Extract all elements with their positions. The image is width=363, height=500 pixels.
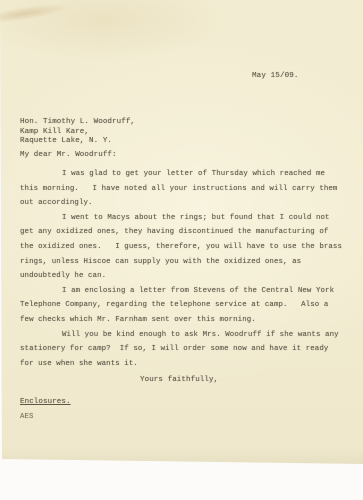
letter-paragraph: I am enclosing a letter from Stevens of … [20, 284, 346, 328]
letter-paragraph: I went to Macys about the rings; but fou… [20, 211, 346, 284]
salutation: My dear Mr. Woodruff: [20, 151, 117, 159]
closing: Yours faithfully, [140, 376, 218, 384]
paper-stain [0, 0, 114, 38]
recipient-block: Hon. Timothy L. Woodruff, Kamp Kill Kare… [20, 118, 135, 147]
recipient-name: Hon. Timothy L. Woodruff, [20, 118, 135, 128]
letter-body: I was glad to get your letter of Thursda… [20, 167, 346, 371]
recipient-address-line-2: Raquette Lake, N. Y. [20, 137, 135, 147]
letter-date: May 15/09. [252, 72, 299, 80]
letter-paragraph: I was glad to get your letter of Thursda… [20, 167, 346, 211]
typist-initials: AES [20, 413, 33, 421]
enclosures-note: Enclosures. [20, 398, 71, 406]
letter-paragraph: Will you be kind enough to ask Mrs. Wood… [20, 328, 346, 372]
recipient-address-line-1: Kamp Kill Kare, [20, 128, 135, 138]
letter-paper: May 15/09. Hon. Timothy L. Woodruff, Kam… [0, 0, 363, 466]
